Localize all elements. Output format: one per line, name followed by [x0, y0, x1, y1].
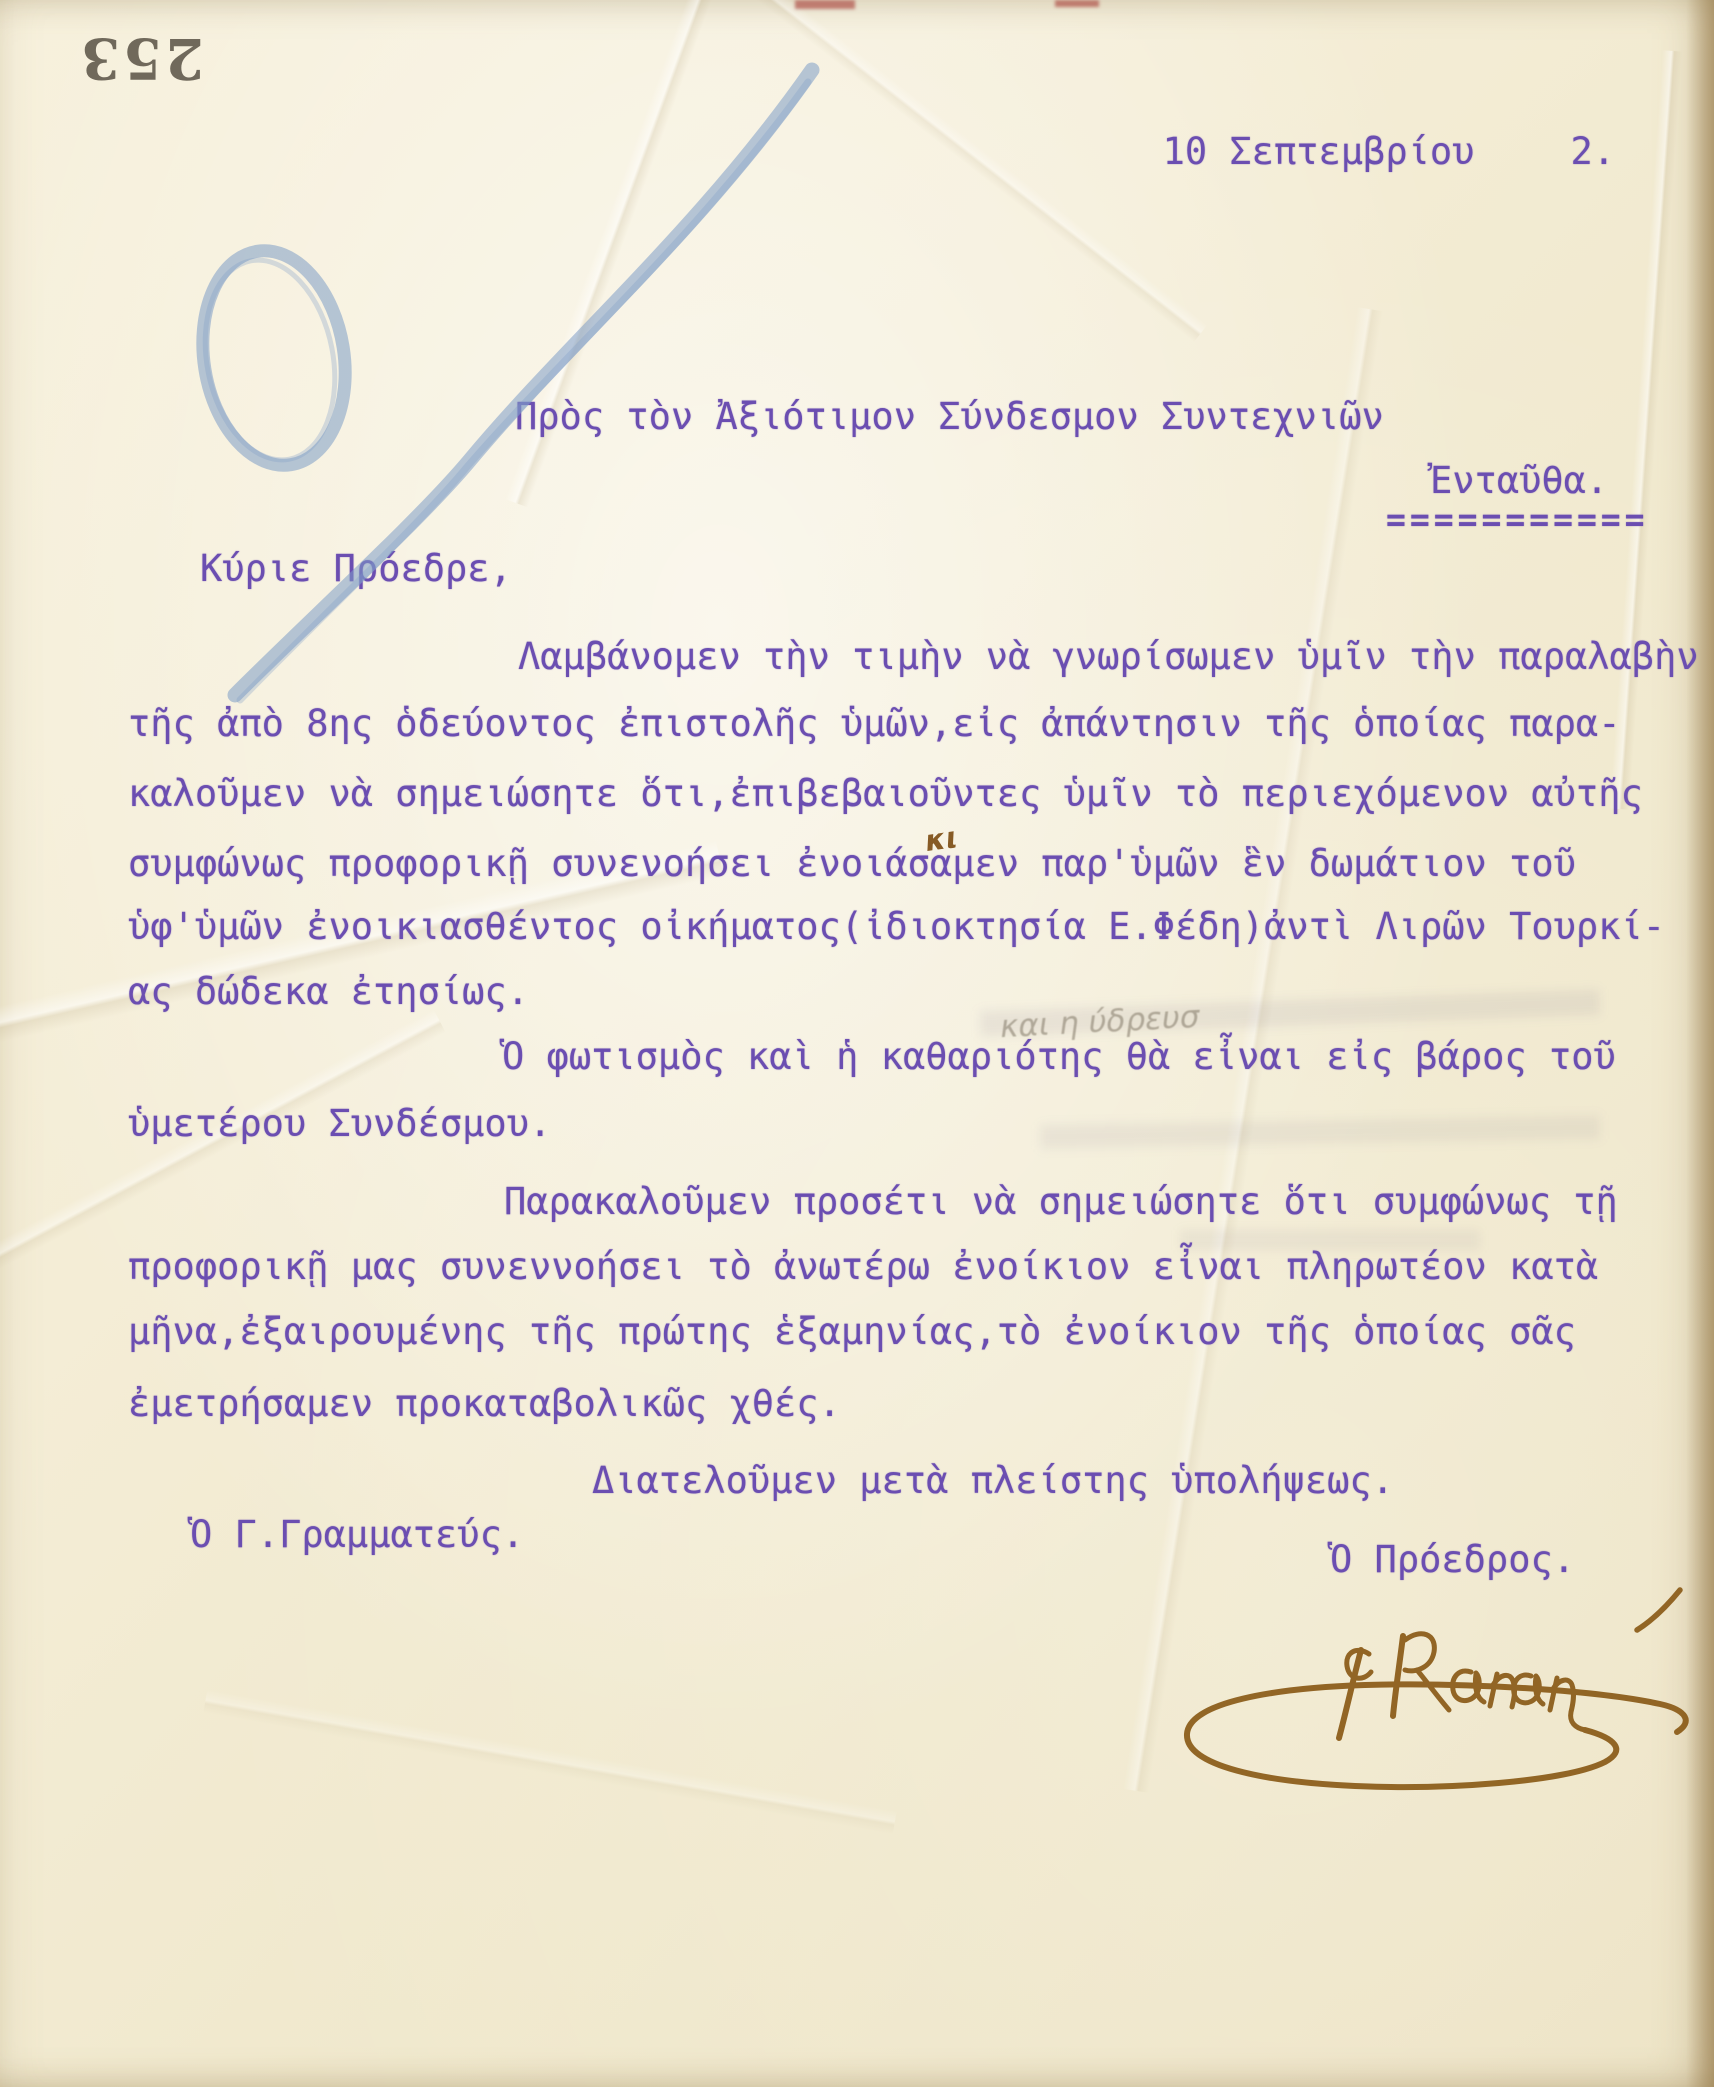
top-edge-smudge	[1055, 0, 1099, 7]
body-line: Παρακαλοῦμεν προσέτι νὰ σημειώσητε ὅτι σ…	[504, 1183, 1618, 1220]
body-line: καλοῦμεν νὰ σημειώσητε ὅτι,ἐπιβεβαιοῦντε…	[128, 775, 1643, 812]
body-line: ὑφ'ὑμῶν ἐνοικιασθέντος οἰκήματος(ἰδιοκτη…	[128, 908, 1665, 945]
secretary-title: Ὁ Γ.Γραμματεύς.	[190, 1516, 524, 1553]
body-line: ἐμετρήσαμεν προκαταβολικῶς χθές.	[128, 1385, 841, 1422]
body-line: συμφώνως προφορικῇ συνενοήσει ἐνοιάσαμεν…	[128, 845, 1576, 882]
body-line: ὑμετέρου Συνδέσμου.	[128, 1105, 551, 1142]
blue-pencil-mark	[140, 40, 900, 740]
top-edge-smudge	[795, 0, 855, 9]
body-line: ας δώδεκα ἐτησίως.	[128, 973, 529, 1010]
place-underline: ===========	[1386, 503, 1649, 536]
blue-slash-mark	[235, 70, 812, 695]
closing-line: Διατελοῦμεν μετὰ πλείστης ὑπολήψεως.	[592, 1462, 1394, 1499]
body-line: Ὁ φωτισμὸς καὶ ἡ καθαριότης θὰ εἶναι εἰς…	[502, 1038, 1616, 1075]
president-signature	[1165, 1580, 1705, 1795]
body-line: προφορικῇ μας συνεννοήσει τὸ ἀνωτέρω ἐνο…	[128, 1248, 1598, 1285]
date-year: 2.	[1570, 130, 1615, 173]
date-line: 10 Σεπτεμβρίου2.	[1118, 96, 1615, 170]
body-line: μῆνα,ἐξαιρουμένης τῆς πρώτης ἑξαμηνίας,τ…	[128, 1313, 1576, 1350]
ink-correction: κι	[923, 820, 959, 858]
date-day-month: 10 Σεπτεμβρίου	[1163, 130, 1475, 173]
scanned-letter-page: { "document": { "archive_number": "253",…	[0, 0, 1714, 2087]
president-title: Ὁ Πρόεδρος.	[1330, 1541, 1575, 1578]
place-line: Ἐνταῦθα.	[1430, 462, 1608, 499]
